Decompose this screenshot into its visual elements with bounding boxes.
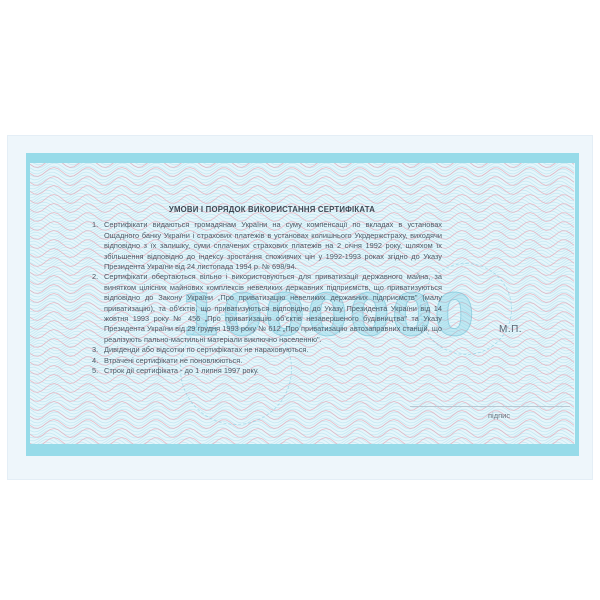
condition-item: 5.Строк дії сертифіката - до 1 липня 199…	[92, 366, 442, 376]
condition-text: Строк дії сертифіката - до 1 липня 1997 …	[104, 366, 442, 376]
conditions-list: 1.Сертифікати видаються громадянам Украї…	[92, 220, 442, 376]
signature-label: підпис	[488, 411, 510, 420]
certificate-inner-panel: 1000000 УМОВИ І ПОРЯДОК ВИКОРИСТАННЯ СЕР…	[30, 163, 575, 444]
stamp-place-label: М.П.	[499, 324, 522, 335]
condition-text: Сертифікати видаються громадянам України…	[104, 220, 442, 272]
certificate-border-frame: 1000000 УМОВИ І ПОРЯДОК ВИКОРИСТАННЯ СЕР…	[26, 153, 579, 456]
condition-item: 4.Втрачені сертифікати не поновлюються.	[92, 356, 442, 366]
condition-number: 1.	[92, 220, 104, 272]
condition-number: 3.	[92, 345, 104, 355]
condition-text: Дивіденди або відсотки по сертифікатах н…	[104, 345, 442, 355]
signature-line	[410, 406, 570, 407]
condition-text: Втрачені сертифікати не поновлюються.	[104, 356, 442, 366]
conditions-block: УМОВИ І ПОРЯДОК ВИКОРИСТАННЯ СЕРТИФІКАТА…	[92, 205, 442, 377]
certificate-sheet: 1000000 УМОВИ І ПОРЯДОК ВИКОРИСТАННЯ СЕР…	[7, 135, 593, 480]
condition-number: 4.	[92, 356, 104, 366]
condition-item: 1.Сертифікати видаються громадянам Украї…	[92, 220, 442, 272]
condition-item: 3.Дивіденди або відсотки по сертифікатах…	[92, 345, 442, 355]
condition-number: 2.	[92, 272, 104, 345]
condition-text: Сертифікати обертаються вільно і викорис…	[104, 272, 442, 345]
condition-number: 5.	[92, 366, 104, 376]
conditions-title: УМОВИ І ПОРЯДОК ВИКОРИСТАННЯ СЕРТИФІКАТА	[92, 205, 442, 215]
condition-item: 2.Сертифікати обертаються вільно і викор…	[92, 272, 442, 345]
